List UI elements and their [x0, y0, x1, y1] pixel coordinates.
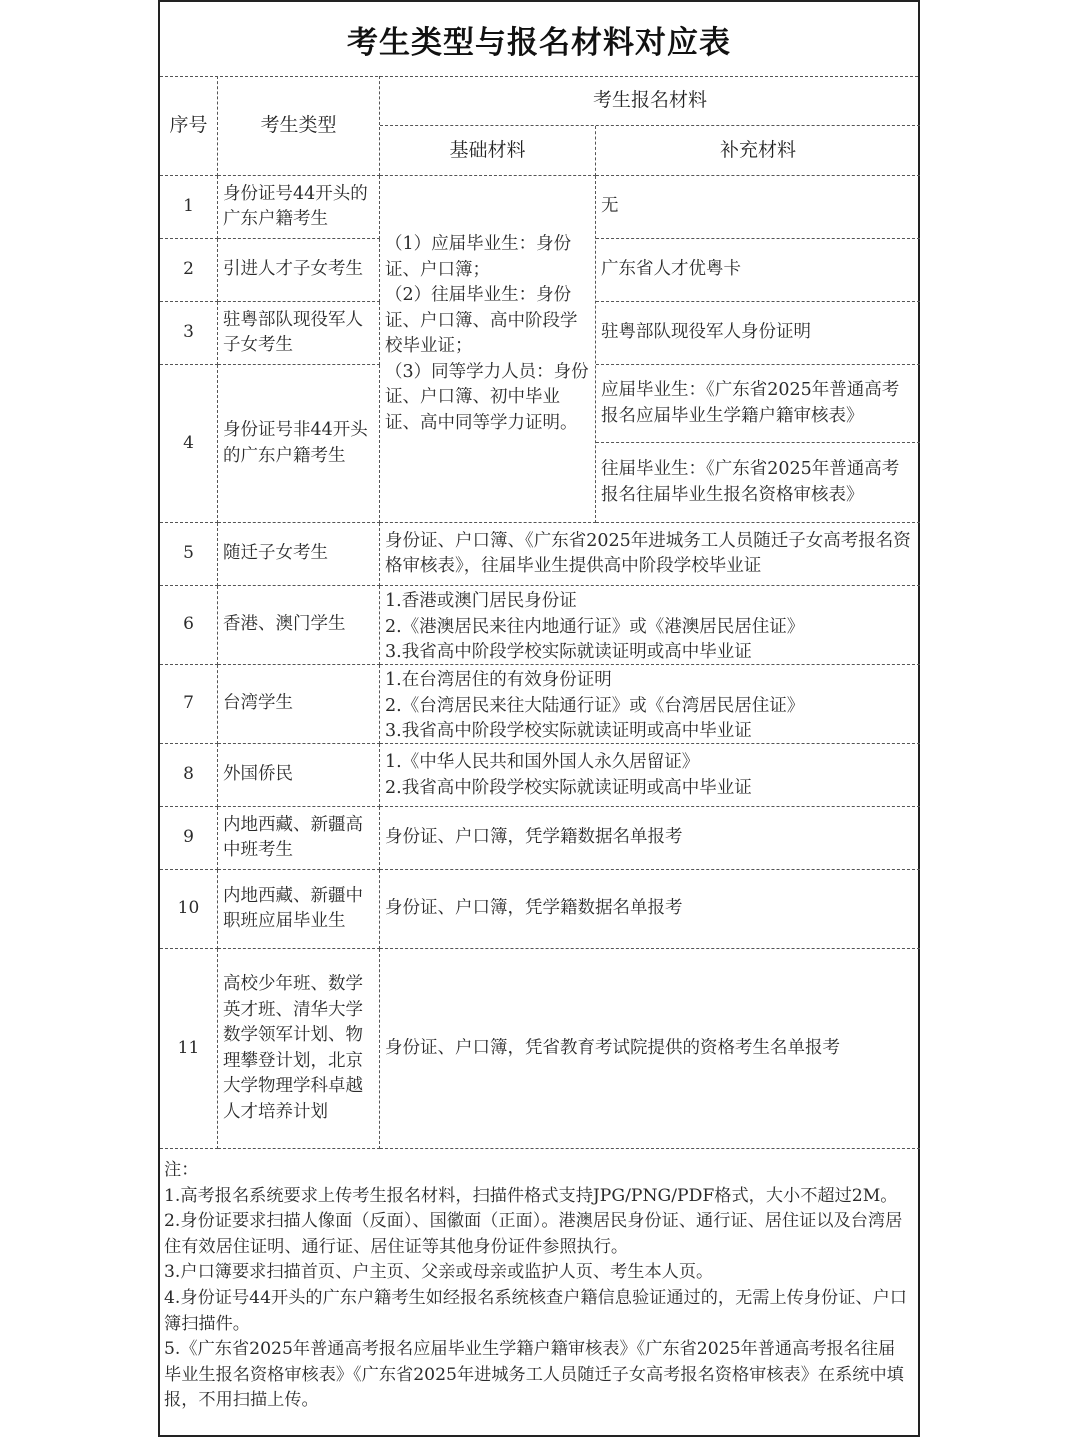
row-11-seq: 11 — [160, 949, 218, 1149]
row-5-seq: 5 — [160, 523, 218, 586]
row-2-supplement: 广东省人才优粤卡 — [596, 239, 920, 302]
basic-materials-rows-1-4: （1）应届毕业生：身份证、户口簿； （2）往届毕业生：身份证、户口簿、高中阶段学… — [380, 176, 596, 523]
note-5: 5.《广东省2025年普通高考报名应届毕业生学籍户籍审核表》《广东省2025年普… — [164, 1337, 912, 1414]
row-8-material-2: 2.我省高中阶段学校实际就读证明或高中毕业证 — [385, 776, 916, 802]
row-2-type: 引进人才子女考生 — [218, 239, 380, 302]
basic-item-current: （1）应届毕业生：身份证、户口簿； — [385, 232, 591, 283]
row-8-material-1: 1.《中华人民共和国外国人永久居留证》 — [385, 750, 916, 776]
row-8-type: 外国侨民 — [218, 744, 380, 807]
row-3-seq: 3 — [160, 302, 218, 365]
header-basic: 基础材料 — [380, 126, 596, 176]
notes-section: 注： 1.高考报名系统要求上传考生报名材料，扫描件格式支持JPG/PNG/PDF… — [160, 1155, 918, 1414]
row-4-supplement-previous: 往届毕业生：《广东省2025年普通高考报名往届毕业生报名资格审核表》 — [596, 443, 920, 523]
row-7-materials: 1.在台湾居住的有效身份证明 2.《台湾居民来往大陆通行证》或《台湾居民居住证》… — [380, 665, 920, 744]
row-9-seq: 9 — [160, 807, 218, 870]
row-9-type: 内地西藏、新疆高中班考生 — [218, 807, 380, 870]
header-type: 考生类型 — [218, 76, 380, 176]
note-2: 2.身份证要求扫描人像面（反面）、国徽面（正面）。港澳居民身份证、通行证、居住证… — [164, 1209, 912, 1260]
row-5-materials: 身份证、户口簿、《广东省2025年进城务工人员随迁子女高考报名资格审核表》，往届… — [380, 523, 920, 586]
basic-item-previous: （2）往届毕业生：身份证、户口簿、高中阶段学校毕业证； — [385, 283, 591, 360]
row-10-seq: 10 — [160, 870, 218, 949]
header-supplement: 补充材料 — [596, 126, 920, 176]
row-7-material-2: 2.《台湾居民来往大陆通行证》或《台湾居民居住证》 — [385, 694, 916, 720]
row-5-type: 随迁子女考生 — [218, 523, 380, 586]
row-11-type: 高校少年班、数学英才班、清华大学数学领军计划、物理攀登计划，北京大学物理学科卓越… — [218, 949, 380, 1149]
row-3-type: 驻粤部队现役军人子女考生 — [218, 302, 380, 365]
row-6-material-2: 2.《港澳居民来往内地通行证》或《港澳居民居住证》 — [385, 615, 916, 641]
row-4-seq: 4 — [160, 365, 218, 523]
row-6-materials: 1.香港或澳门居民身份证 2.《港澳居民来往内地通行证》或《港澳居民居住证》 3… — [380, 586, 920, 665]
row-1-type: 身份证号44开头的广东户籍考生 — [218, 176, 380, 239]
row-1-seq: 1 — [160, 176, 218, 239]
notes-heading: 注： — [164, 1158, 912, 1184]
row-9-materials: 身份证、户口簿，凭学籍数据名单报考 — [380, 807, 920, 870]
row-10-type: 内地西藏、新疆中职班应届毕业生 — [218, 870, 380, 949]
row-6-material-3: 3.我省高中阶段学校实际就读证明或高中毕业证 — [385, 640, 916, 666]
row-2-seq: 2 — [160, 239, 218, 302]
row-6-seq: 6 — [160, 586, 218, 665]
row-8-seq: 8 — [160, 744, 218, 807]
row-4-type: 身份证号非44开头的广东户籍考生 — [218, 365, 380, 523]
page-title: 考生类型与报名材料对应表 — [160, 2, 918, 77]
row-11-materials: 身份证、户口簿，凭省教育考试院提供的资格考生名单报考 — [380, 949, 920, 1149]
row-3-supplement: 驻粤部队现役军人身份证明 — [596, 302, 920, 365]
row-4-supplement-current: 应届毕业生：《广东省2025年普通高考报名应届毕业生学籍户籍审核表》 — [596, 365, 920, 443]
note-4: 4.身份证号44开头的广东户籍考生如经报名系统核查户籍信息验证通过的，无需上传身… — [164, 1286, 912, 1337]
row-10-materials: 身份证、户口簿，凭学籍数据名单报考 — [380, 870, 920, 949]
row-7-material-3: 3.我省高中阶段学校实际就读证明或高中毕业证 — [385, 719, 916, 745]
row-8-materials: 1.《中华人民共和国外国人永久居留证》 2.我省高中阶段学校实际就读证明或高中毕… — [380, 744, 920, 807]
row-6-type: 香港、澳门学生 — [218, 586, 380, 665]
row-7-material-1: 1.在台湾居住的有效身份证明 — [385, 668, 916, 694]
note-1: 1.高考报名系统要求上传考生报名材料，扫描件格式支持JPG/PNG/PDF格式，… — [164, 1184, 912, 1210]
row-6-material-1: 1.香港或澳门居民身份证 — [385, 589, 916, 615]
row-1-supplement: 无 — [596, 176, 920, 239]
row-7-type: 台湾学生 — [218, 665, 380, 744]
header-seq: 序号 — [160, 76, 218, 176]
row-7-seq: 7 — [160, 665, 218, 744]
header-materials: 考生报名材料 — [380, 76, 920, 126]
basic-item-equivalent: （3）同等学力人员：身份证、户口簿、初中毕业证、高中同等学力证明。 — [385, 360, 591, 437]
registration-materials-table: 考生类型与报名材料对应表 序号 考生类型 考生报名材料 基础材料 补充材料 1 … — [158, 0, 920, 1437]
note-3: 3.户口簿要求扫描首页、户主页、父亲或母亲或监护人页、考生本人页。 — [164, 1260, 912, 1286]
